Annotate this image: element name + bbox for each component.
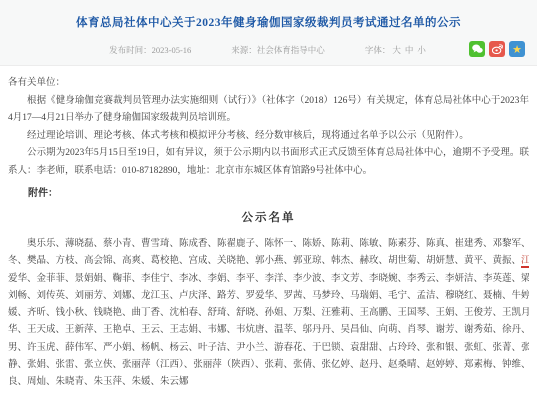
roster-names: 奥乐乐、薄晓磊、蔡小青、曹雪琦、陈成香、陈翟鹿子、陈怀一、陈娇、陈莉、陈敏、陈素… — [27, 239, 529, 249]
weibo-share-icon[interactable] — [489, 41, 505, 57]
roster-names: 媛、齐昕、钱小秋、钱晓艳、曲丁香、沈柏春、舒琦、舒晓、孙姐、万梨、汪雅莉、王高鹏… — [8, 308, 529, 318]
roster-names: 良、周灿、朱晓青、朱玉萍、朱媛、朱云娜 — [8, 377, 189, 387]
share-toolbar: ★ — [469, 41, 525, 57]
wechat-share-icon[interactable] — [469, 41, 485, 57]
attachment-label: 附件： — [8, 185, 529, 203]
article-meta: 发布时间：2023-05-16 来源：社会体育指导中心 字体：大中小 — [10, 41, 527, 59]
roster-title: 公示名单 — [8, 210, 529, 228]
roster-names: 冬、樊晶、方枝、高会锦、高爽、葛校艳、宫成、关晓艳、郭小燕、郭亚琼、韩杰、赫玫、… — [8, 256, 521, 266]
article-source: 来源：社会体育指导中心 — [231, 44, 325, 56]
page-title: 体育总局社体中心关于2023年健身瑜伽国家级裁判员考试通过名单的公示 — [10, 14, 527, 30]
font-size-label: 字体： — [365, 45, 391, 55]
roster-line: 爱华、金菲菲、景娟娟、鞠菲、李佳宁、李冰、李娟、李平、李洋、李少波、李文芳、李晓… — [8, 271, 529, 288]
roster-line: 奥乐乐、薄晓磊、蔡小青、曹雪琦、陈成香、陈翟鹿子、陈怀一、陈娇、陈莉、陈敏、陈素… — [8, 236, 529, 253]
roster-line: 冬、樊晶、方枝、高会锦、高爽、葛校艳、宫成、关晓艳、郭小燕、郭亚琼、韩杰、赫玫、… — [8, 253, 529, 270]
font-size-small-button[interactable]: 小 — [417, 45, 426, 55]
roster-names: 静、张娟、张雷、张立侠、张丽萍（江西）、张丽萍（陕西）、张莉、张倩、张亿婷、赵丹… — [8, 360, 529, 370]
roster-line: 媛、齐昕、钱小秋、钱晓艳、曲丁香、沈柏春、舒琦、舒晓、孙姐、万梨、汪雅莉、王高鹏… — [8, 305, 529, 322]
roster-line: 良、周灿、朱晓青、朱玉萍、朱媛、朱云娜 — [8, 374, 529, 391]
roster-line: 男、许玉虎、薛伟军、严小娟、杨帆、杨云、叶子洁、尹小兰、游春花、于巴锁、袁甜甜、… — [8, 340, 529, 357]
favorite-star-icon[interactable]: ★ — [509, 41, 525, 57]
publish-date: 发布时间：2023-05-16 — [109, 44, 191, 56]
roster-names: 男、许玉虎、薛伟军、严小娟、杨帆、杨云、叶子洁、尹小兰、游春花、于巴锁、袁甜甜、… — [8, 343, 529, 353]
roster-line: 华、王天成、王新萍、王艳卓、王云、王志娟、韦娜、韦炕唐、温莘、邬丹丹、吴昌仙、向… — [8, 322, 529, 339]
roster-line: 刘畅、刘传英、刘丽芳、刘娜、龙江玉、卢庆泽、路芳、罗爱华、罗茜、马梦玲、马瑞娟、… — [8, 288, 529, 305]
font-size-control: 字体：大中小 — [365, 44, 428, 56]
paragraph-contact: 公示期为2023年5月15日至19日，如有异议，须于公示期内以书面形式正式反馈至… — [8, 145, 529, 180]
paragraph-process: 经过理论培训、理论考核、体式考核和模拟评分考核、经分数审核后，现将通过名单予以公… — [8, 128, 529, 146]
font-size-large-button[interactable]: 大 — [392, 45, 401, 55]
roster-names: 爱华、金菲菲、景娟娟、鞠菲、李佳宁、李冰、李娟、李平、李洋、李少波、李文芳、李晓… — [8, 274, 529, 284]
article-body: 各有关单位： 根据《健身瑜伽竞赛裁判员管理办法实施细则（试行）》（社体字（201… — [0, 66, 537, 392]
salutation: 各有关单位： — [8, 75, 529, 93]
roster: 奥乐乐、薄晓磊、蔡小青、曹雪琦、陈成香、陈翟鹿子、陈怀一、陈娇、陈莉、陈敏、陈素… — [8, 236, 529, 392]
paragraph-basis: 根据《健身瑜伽竞赛裁判员管理办法实施细则（试行）》（社体字（2018）126号）… — [8, 93, 529, 128]
article-header: 体育总局社体中心关于2023年健身瑜伽国家级裁判员考试通过名单的公示 发布时间：… — [0, 0, 537, 66]
roster-names: 华、王天成、王新萍、王艳卓、王云、王志娟、韦娜、韦炕唐、温莘、邬丹丹、吴昌仙、向… — [8, 325, 529, 335]
roster-names: 刘畅、刘传英、刘丽芳、刘娜、龙江玉、卢庆泽、路芳、罗爱华、罗茜、马梦玲、马瑞娟、… — [8, 291, 529, 301]
star-glyph: ★ — [512, 44, 522, 55]
highlighted-names: 江燕、姜 — [521, 256, 529, 268]
font-size-medium-button[interactable]: 中 — [405, 45, 414, 55]
roster-line: 静、张娟、张雷、张立侠、张丽萍（江西）、张丽萍（陕西）、张莉、张倩、张亿婷、赵丹… — [8, 357, 529, 374]
